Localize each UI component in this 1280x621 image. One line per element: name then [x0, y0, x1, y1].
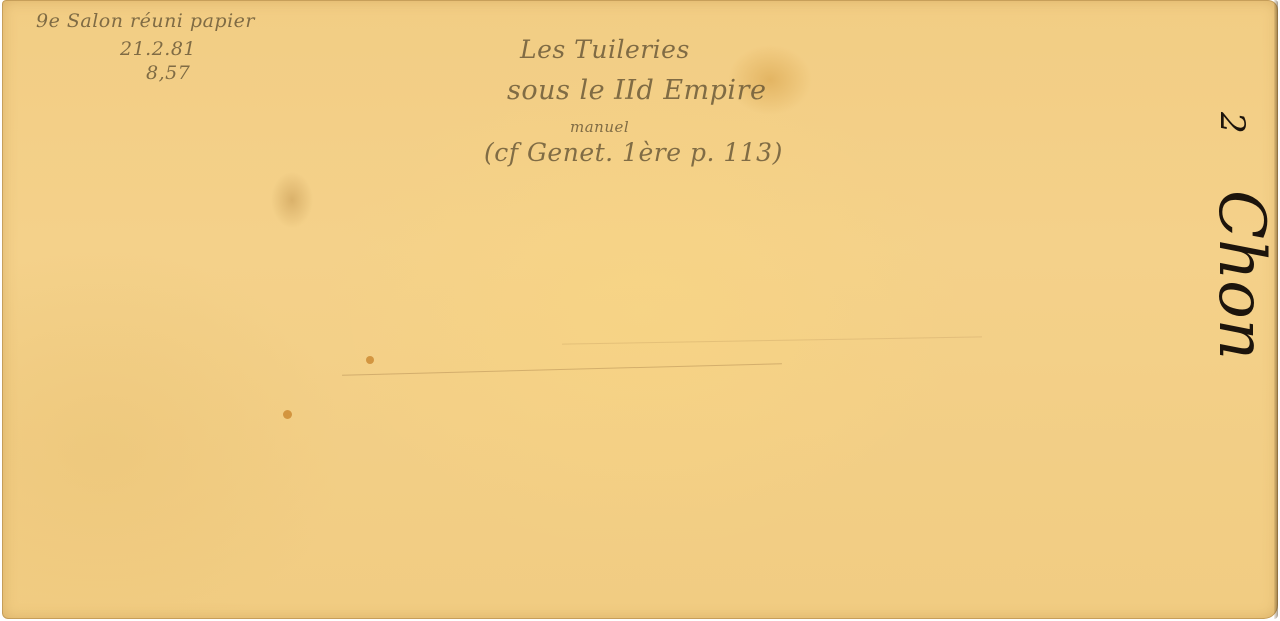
pencil-reference: (cf Genet. 1ère p. 113) [484, 138, 783, 167]
pencil-note-number: 8,57 [146, 62, 190, 84]
stain-spot [283, 410, 292, 419]
pencil-title-empire: sous le IId Empire [507, 75, 766, 106]
pencil-title-tuileries: Les Tuileries [520, 35, 690, 64]
crease-line [342, 363, 782, 376]
ink-number: 2 [1212, 112, 1252, 134]
pencil-note-date: 21.2.81 [120, 38, 196, 60]
stereoview-card-back: 9e Salon réuni papier 21.2.81 8,57 Les T… [2, 0, 1278, 619]
stain-spot [366, 356, 374, 364]
pencil-note-salon: 9e Salon réuni papier [36, 10, 255, 32]
ink-signature: Chon [1204, 190, 1278, 360]
pencil-superscript-manuel: manuel [570, 118, 629, 136]
crease-line [562, 336, 982, 344]
